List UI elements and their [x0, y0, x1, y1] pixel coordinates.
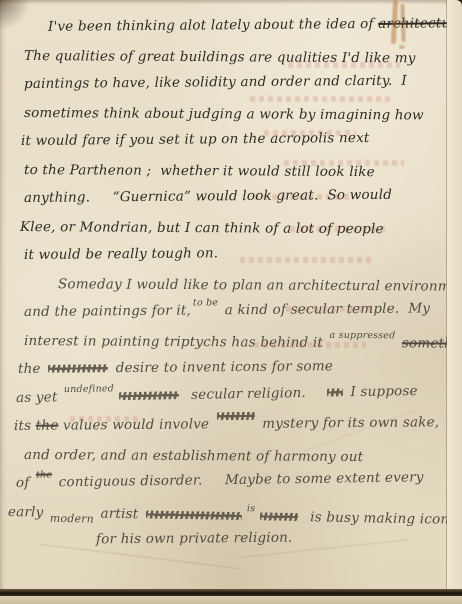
handwritten-line: anything. “Guernica” would look great. S… [24, 180, 440, 212]
handwritten-line: I've been thinking alot lately about the… [24, 9, 440, 41]
handwriting-text: it would fare if you set it up on the ac… [21, 130, 370, 149]
handwriting-text: sometimes think about judging a work by … [24, 105, 424, 123]
scribble-mark [119, 391, 179, 400]
handwriting-text: I've been thinking alot lately about the… [48, 16, 378, 35]
handwriting-text: it would be really tough on. [24, 245, 218, 263]
handwriting-text: undefined [64, 375, 115, 404]
handwriting-text: is [247, 495, 256, 524]
handwriting-text: anything. “Guernica” would look great. S… [24, 187, 392, 206]
handwriting-text: the [18, 361, 45, 377]
handwriting-text: as yet [16, 389, 62, 406]
rust-stain-dot [399, 45, 405, 49]
handwriting-text: paintings to have, like solidity and ord… [24, 73, 407, 92]
handwriting-text: a kind of secular temple. My [220, 300, 430, 318]
scan-shadow-band [0, 589, 462, 596]
handwriting-text: Someday I would like to plan an architec… [58, 276, 462, 295]
handwriting-text: the [36, 418, 59, 434]
underlying-page-edge [0, 596, 462, 604]
handwriting-text: secular religion. [182, 384, 324, 402]
scribble-mark [146, 510, 242, 520]
handwritten-line: as yet undefined secular religion. I sup… [16, 376, 440, 412]
handwriting: I've been thinking alot lately about the… [24, 13, 440, 555]
handwriting-text: contiguous disorder. Maybe to some exten… [54, 469, 424, 490]
handwritten-line: of the contiguous disorder. Maybe to som… [16, 463, 440, 497]
handwriting-text: to the Parthenon ; whether it would stil… [24, 162, 375, 180]
handwriting-text: The qualities of great buildings are qua… [24, 48, 416, 66]
handwriting-text: to be [193, 289, 219, 318]
handwriting-text: the [36, 461, 53, 490]
handwritten-line: paintings to have, like solidity and ord… [24, 66, 440, 98]
handwritten-line: it would be really tough on. [24, 237, 440, 269]
handwriting-text: desire to invent icons for some [111, 358, 333, 376]
handwriting-text: and the paintings for it, [24, 303, 191, 320]
handwriting-text: values would involve [58, 416, 213, 433]
handwriting-text: and order, and an establishment of harmo… [24, 447, 363, 465]
handwriting-text: early [8, 504, 48, 521]
handwriting-text: mystery for its own sake, [258, 414, 440, 432]
handwriting-text: Klee, or Mondrian, but I can think of a … [20, 219, 384, 237]
handwriting-text: for his own private religion. [96, 530, 293, 548]
scribble-mark [48, 364, 108, 373]
scribble-mark [260, 512, 298, 521]
handwritten-line: it would fare if you set it up on the ac… [21, 123, 440, 155]
handwriting-text: of [16, 475, 34, 491]
page-edge [447, 0, 462, 592]
scribble-mark [327, 388, 343, 396]
handwriting-text: interest in painting triptychs has behin… [24, 333, 328, 351]
handwriting-text: I suppose [346, 382, 418, 399]
scanned-notebook-page: I've been thinking alot lately about the… [0, 0, 462, 604]
scribble-mark [217, 412, 255, 420]
handwriting-text: a suppressed [329, 321, 395, 350]
handwriting-text: artist [96, 505, 143, 522]
handwriting-text: its [14, 418, 36, 434]
